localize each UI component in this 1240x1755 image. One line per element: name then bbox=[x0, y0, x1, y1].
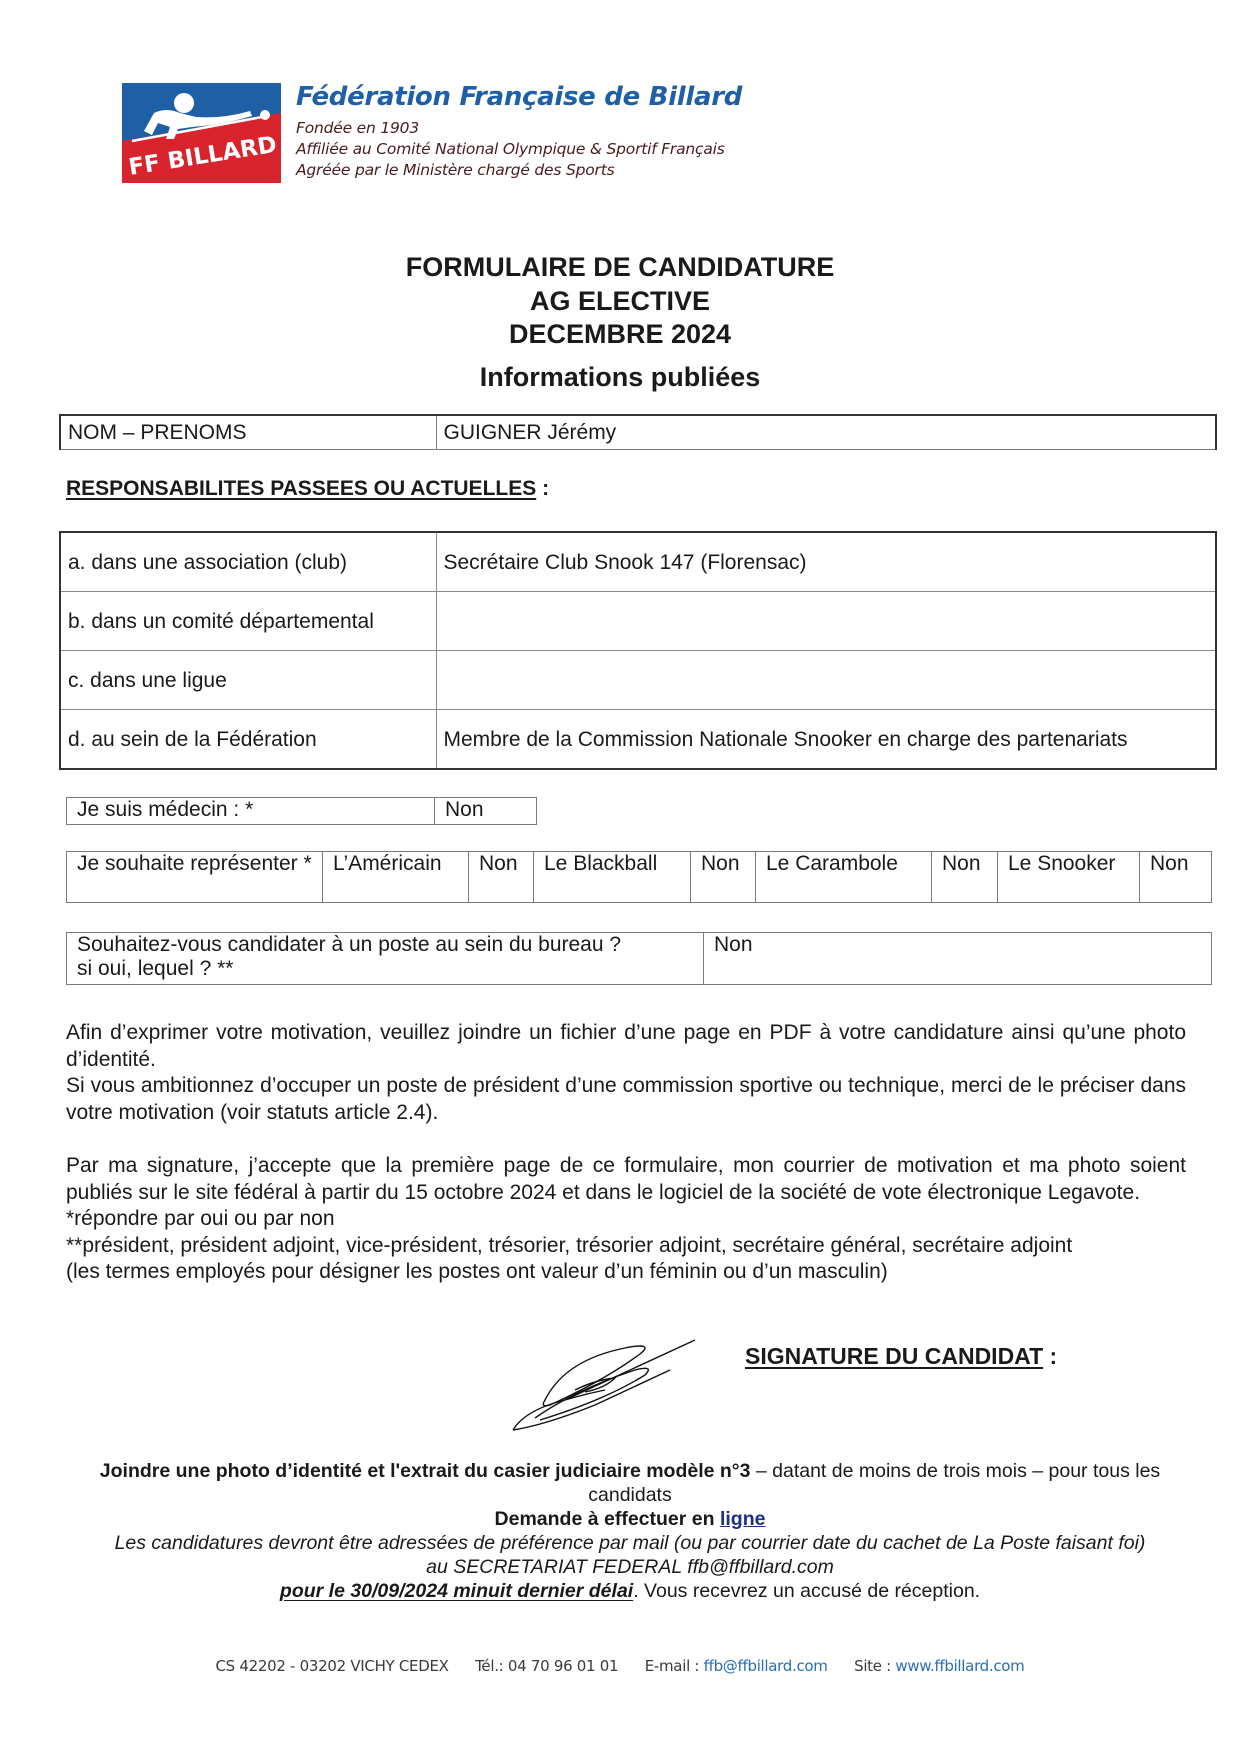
footer-email-label: E-mail : bbox=[645, 1657, 699, 1675]
table-row: d. au sein de la Fédération Membre de la… bbox=[60, 710, 1216, 770]
medecin-table: Je suis médecin : * Non bbox=[66, 797, 537, 825]
deadline-rest: . Vous recevrez un accusé de réception. bbox=[633, 1580, 980, 1602]
signature-label: SIGNATURE DU CANDIDAT : bbox=[745, 1343, 1057, 1370]
billiard-player-icon: FF BILLARD bbox=[122, 83, 281, 183]
signature-label-colon: : bbox=[1043, 1343, 1057, 1369]
table-row: a. dans une association (club) Secrétair… bbox=[60, 532, 1216, 592]
online-link[interactable]: ligne bbox=[720, 1508, 766, 1530]
bureau-label: Souhaitez-vous candidater à un poste au … bbox=[67, 933, 704, 985]
responsibility-label: c. dans une ligue bbox=[60, 651, 436, 710]
option-snooker-value[interactable]: Non bbox=[1140, 852, 1212, 903]
bureau-question: Souhaitez-vous candidater à un poste au … bbox=[77, 933, 696, 957]
org-affiliation: Affiliée au Comité National Olympique & … bbox=[296, 140, 725, 158]
deadline-notice: pour le 30/09/2024 minuit dernier délai.… bbox=[60, 1579, 1200, 1603]
deadline-text: pour le 30/09/2024 minuit dernier délai bbox=[280, 1580, 633, 1602]
secretariat-address: au SECRETARIAT FEDERAL ffb@ffbillard.com bbox=[60, 1555, 1200, 1579]
page-title: FORMULAIRE DE CANDIDATURE bbox=[0, 251, 1240, 283]
consent-block: Par ma signature, j’accepte que la premi… bbox=[66, 1153, 1186, 1286]
footnote-1: *répondre par oui ou par non bbox=[66, 1206, 1186, 1233]
represent-table: Je souhaite représenter * L’Américain No… bbox=[66, 851, 1212, 903]
responsibility-label: a. dans une association (club) bbox=[60, 532, 436, 592]
medecin-value[interactable]: Non bbox=[435, 798, 537, 825]
attachment-notice-bold: Joindre une photo d’identité et l'extrai… bbox=[100, 1460, 751, 1482]
responsibility-value[interactable] bbox=[436, 651, 1216, 710]
footer-site-link[interactable]: www.ffbillard.com bbox=[895, 1657, 1024, 1675]
footer: CS 42202 - 03202 VICHY CEDEX Tél.: 04 70… bbox=[0, 1657, 1240, 1675]
medecin-label: Je suis médecin : * bbox=[67, 798, 435, 825]
option-carambole-label: Le Carambole bbox=[756, 852, 932, 903]
option-snooker-label: Le Snooker bbox=[998, 852, 1140, 903]
page-subtitle: Informations publiées bbox=[0, 361, 1240, 393]
responsibility-label: d. au sein de la Fédération bbox=[60, 710, 436, 770]
online-request-text: Demande à effectuer en bbox=[495, 1508, 720, 1530]
represent-label: Je souhaite représenter * bbox=[67, 852, 323, 903]
president-paragraph: Si vous ambitionnez d’occuper un poste d… bbox=[66, 1073, 1186, 1126]
responsibilities-table: a. dans une association (club) Secrétair… bbox=[59, 531, 1217, 770]
option-americain-value[interactable]: Non bbox=[469, 852, 534, 903]
org-approval: Agréée par le Ministère chargé des Sport… bbox=[296, 161, 614, 179]
footer-email-link[interactable]: ffb@ffbillard.com bbox=[704, 1657, 828, 1675]
table-row: c. dans une ligue bbox=[60, 651, 1216, 710]
identity-label: NOM – PRENOMS bbox=[60, 415, 436, 450]
bureau-value[interactable]: Non bbox=[704, 933, 1212, 985]
ffbillard-logo: FF BILLARD bbox=[122, 83, 281, 183]
online-request: Demande à effectuer en ligne bbox=[60, 1507, 1200, 1531]
footnote-3: (les termes employés pour désigner les p… bbox=[66, 1259, 1186, 1286]
responsibilities-heading: RESPONSABILITES PASSEES OU ACTUELLES : bbox=[66, 477, 549, 501]
option-blackball-value[interactable]: Non bbox=[691, 852, 756, 903]
page-title-line-3: DECEMBRE 2024 bbox=[0, 318, 1240, 350]
submission-instructions: Les candidatures devront être adressées … bbox=[60, 1531, 1200, 1555]
attachment-notice: Joindre une photo d’identité et l'extrai… bbox=[60, 1459, 1200, 1507]
option-carambole-value[interactable]: Non bbox=[932, 852, 998, 903]
motivation-instructions: Afin d’exprimer votre motivation, veuill… bbox=[66, 1020, 1186, 1126]
org-founded: Fondée en 1903 bbox=[296, 119, 419, 137]
responsibility-value[interactable]: Secrétaire Club Snook 147 (Florensac) bbox=[436, 532, 1216, 592]
responsibilities-heading-text: RESPONSABILITES PASSEES OU ACTUELLES bbox=[66, 477, 536, 500]
responsibility-value[interactable]: Membre de la Commission Nationale Snooke… bbox=[436, 710, 1216, 770]
footer-address: CS 42202 - 03202 VICHY CEDEX bbox=[216, 1657, 449, 1675]
signature-label-text: SIGNATURE DU CANDIDAT bbox=[745, 1343, 1043, 1369]
signature-image bbox=[505, 1330, 700, 1435]
footer-phone: 04 70 96 01 01 bbox=[508, 1657, 618, 1675]
page-title-line-2: AG ELECTIVE bbox=[0, 285, 1240, 317]
bureau-table: Souhaitez-vous candidater à un poste au … bbox=[66, 932, 1212, 985]
consent-paragraph: Par ma signature, j’accepte que la premi… bbox=[66, 1153, 1186, 1206]
option-blackball-label: Le Blackball bbox=[534, 852, 691, 903]
footer-site-label: Site : bbox=[854, 1657, 891, 1675]
table-row: b. dans un comité départemental bbox=[60, 592, 1216, 651]
organization-name: Fédération Française de Billard bbox=[296, 82, 742, 112]
footer-phone-label: Tél.: bbox=[475, 1657, 503, 1675]
identity-table: NOM – PRENOMS GUIGNER Jérémy bbox=[59, 414, 1217, 450]
footnote-2: **président, président adjoint, vice-pré… bbox=[66, 1233, 1186, 1260]
responsibility-label: b. dans un comité départemental bbox=[60, 592, 436, 651]
identity-value[interactable]: GUIGNER Jérémy bbox=[436, 415, 1216, 450]
responsibility-value[interactable] bbox=[436, 592, 1216, 651]
bureau-subquestion: si oui, lequel ? ** bbox=[77, 957, 696, 981]
heading-colon: : bbox=[536, 477, 549, 500]
option-americain-label: L’Américain bbox=[323, 852, 469, 903]
motivation-paragraph: Afin d’exprimer votre motivation, veuill… bbox=[66, 1020, 1186, 1073]
